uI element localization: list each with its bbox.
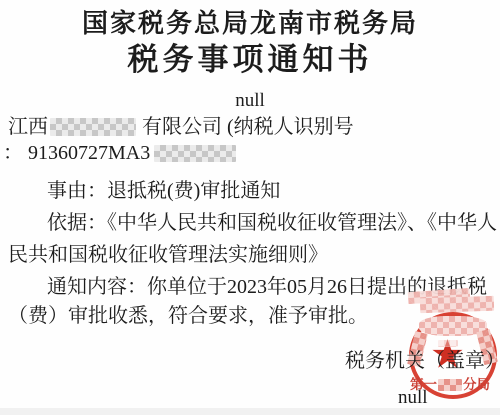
redacted-company-name bbox=[50, 118, 136, 136]
content-line-2: （费）审批收悉，符合要求，准予审批。 bbox=[8, 305, 368, 328]
tax-notice-document: 国家税务总局龙南市税务局 税务事项通知书 null 江西有限公司 (纳税人识别号… bbox=[0, 0, 500, 415]
recipient-line: 江西有限公司 (纳税人识别号 bbox=[8, 116, 354, 139]
date-placeholder: null bbox=[398, 387, 428, 409]
redacted-taxid bbox=[154, 145, 236, 162]
subject-line: 事由：退抵税(费)审批通知 bbox=[47, 180, 280, 203]
basis-line-1: 依据：《中华人民共和国税收征收管理法》、《中华人 bbox=[47, 212, 497, 235]
taxid-visible: ： 91360727MA3 bbox=[3, 142, 150, 164]
doc-number-placeholder: null bbox=[0, 90, 500, 112]
basis-line-2: 民共和国税收征收管理法实施细则》 bbox=[8, 244, 328, 267]
document-title: 税务事项通知书 bbox=[0, 42, 500, 78]
recipient-region: 江西 bbox=[8, 116, 48, 138]
stamp-blur-star-overlay bbox=[438, 340, 458, 347]
signature-label: 税务机关（盖章） bbox=[345, 350, 500, 373]
taxid-line: ： 91360727MA3 bbox=[3, 142, 236, 165]
stamp-branch-redacted bbox=[438, 379, 462, 391]
stamp-blur-top-outside bbox=[420, 296, 494, 314]
recipient-company-suffix: 有限公司 (纳税人识别号 bbox=[142, 116, 354, 138]
stamp-branch-right: 分局 bbox=[463, 377, 490, 392]
agency-title: 国家税务总局龙南市税务局 bbox=[0, 9, 500, 39]
